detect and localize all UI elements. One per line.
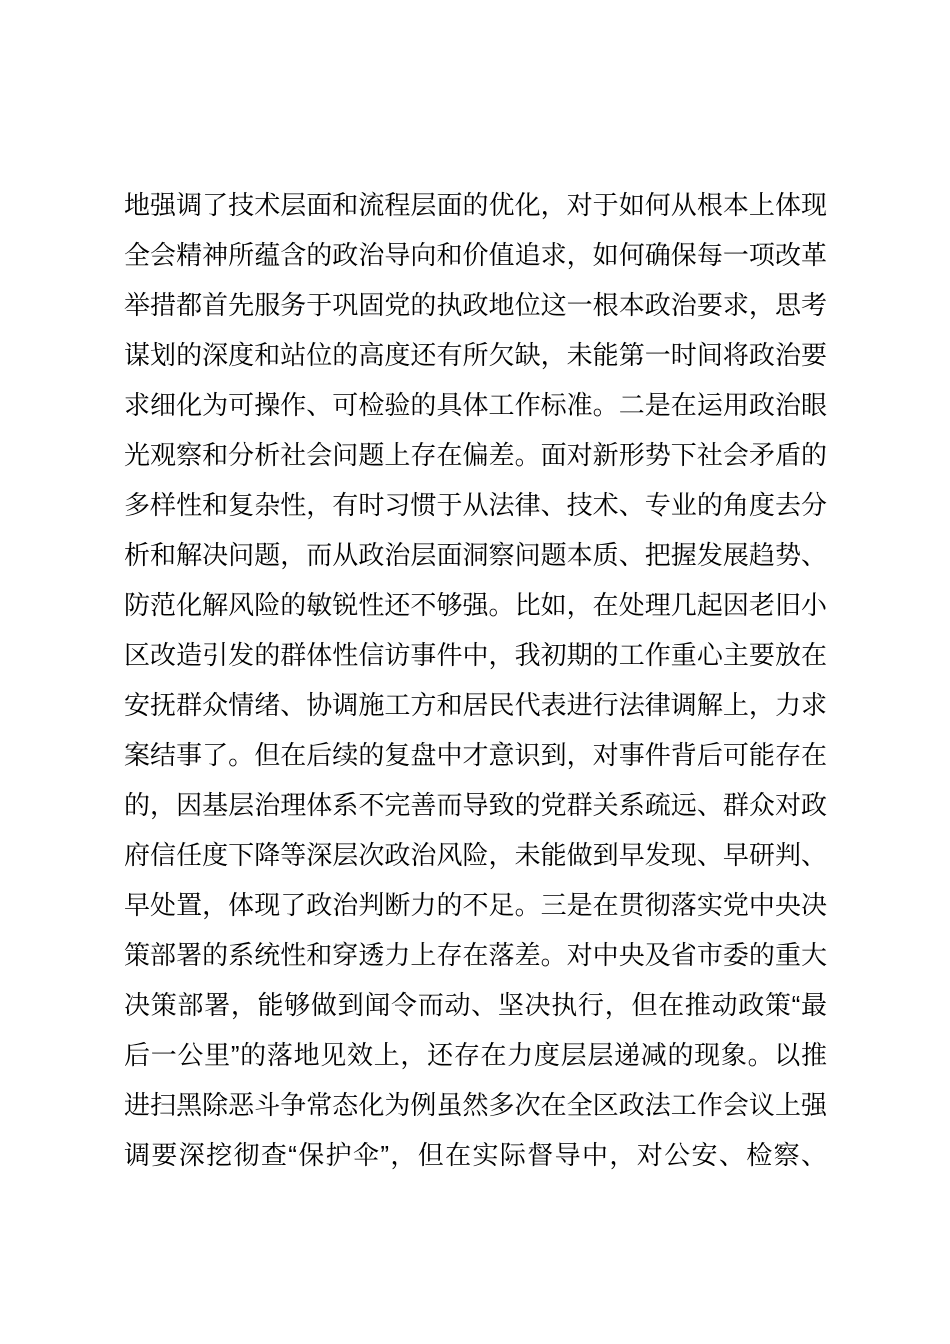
document-page: 地强调了技术层面和流程层面的优化，对于如何从根本上体现 全会精神所蕴含的政治导向… [0, 0, 950, 1344]
text-line: 决策部署，能够做到闻令而动、坚决执行，但在推动政策“最 [124, 980, 827, 1030]
text-line: 案结事了。但在后续的复盘中才意识到，对事件背后可能存在 [124, 730, 827, 780]
text-line: 析和解决问题，而从政治层面洞察问题本质、把握发展趋势、 [124, 530, 827, 580]
text-line: 安抚群众情绪、协调施工方和居民代表进行法律调解上，力求 [124, 680, 827, 730]
text-line: 谋划的深度和站位的高度还有所欠缺，未能第一时间将政治要 [124, 330, 827, 380]
text-line: 后一公里”的落地见效上，还存在力度层层递减的现象。以推 [124, 1030, 827, 1080]
text-line: 府信任度下降等深层次政治风险，未能做到早发现、早研判、 [124, 830, 827, 880]
text-line: 早处置，体现了政治判断力的不足。三是在贯彻落实党中央决 [124, 880, 827, 930]
text-line: 地强调了技术层面和流程层面的优化，对于如何从根本上体现 [124, 180, 827, 230]
paragraph-text-block: 地强调了技术层面和流程层面的优化，对于如何从根本上体现 全会精神所蕴含的政治导向… [124, 180, 827, 1180]
text-line: 求细化为可操作、可检验的具体工作标准。二是在运用政治眼 [124, 380, 827, 430]
text-line: 防范化解风险的敏锐性还不够强。比如，在处理几起因老旧小 [124, 580, 827, 630]
text-line: 策部署的系统性和穿透力上存在落差。对中央及省市委的重大 [124, 930, 827, 980]
text-line: 的，因基层治理体系不完善而导致的党群关系疏远、群众对政 [124, 780, 827, 830]
text-line: 多样性和复杂性，有时习惯于从法律、技术、专业的角度去分 [124, 480, 827, 530]
text-line: 调要深挖彻查“保护伞”，但在实际督导中，对公安、检察、 [124, 1130, 827, 1180]
text-line: 全会精神所蕴含的政治导向和价值追求，如何确保每一项改革 [124, 230, 827, 280]
text-line: 光观察和分析社会问题上存在偏差。面对新形势下社会矛盾的 [124, 430, 827, 480]
text-line: 区改造引发的群体性信访事件中，我初期的工作重心主要放在 [124, 630, 827, 680]
text-line: 举措都首先服务于巩固党的执政地位这一根本政治要求，思考 [124, 280, 827, 330]
text-line: 进扫黑除恶斗争常态化为例虽然多次在全区政法工作会议上强 [124, 1080, 827, 1130]
